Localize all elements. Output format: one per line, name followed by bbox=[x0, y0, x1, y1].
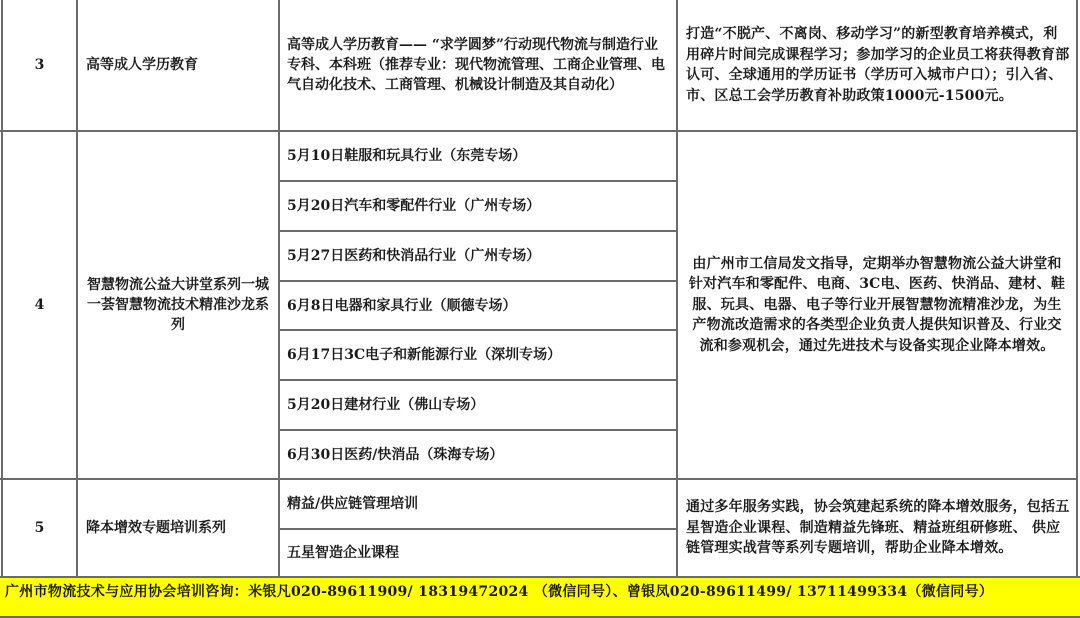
course-item: 五星智造企业课程 bbox=[280, 530, 676, 576]
program-name: 高等成人学历教育 bbox=[78, 0, 278, 130]
session-item: 5月27日医药和快消品行业（广州专场） bbox=[280, 232, 676, 280]
course-item: 精益/供应链管理培训 bbox=[280, 480, 676, 528]
column-divider bbox=[1076, 0, 1078, 576]
training-table: 3 高等成人学历教育 高等成人学历教育—— “求学圆梦”行动现代物流与制造行业专… bbox=[0, 0, 1080, 618]
row-number: 3 bbox=[3, 0, 76, 130]
session-item: 6月30日医药/快消品（珠海专场） bbox=[280, 431, 676, 478]
program-content: 高等成人学历教育—— “求学圆梦”行动现代物流与制造行业专科、本科班（推荐专业：… bbox=[280, 0, 676, 130]
session-item: 6月8日电器和家具行业（顺德专场） bbox=[280, 282, 676, 329]
program-description: 打造“不脱产、不离岗、移动学习”的新型教育培养模式，利用碎片时间完成课程学习；参… bbox=[678, 0, 1076, 130]
row-number: 4 bbox=[3, 132, 76, 478]
session-item: 6月17日3C电子和新能源行业（深圳专场） bbox=[280, 331, 676, 379]
row-number: 5 bbox=[3, 480, 76, 576]
contact-banner: 广州市物流技术与应用协会培训咨询：米银凡020-89611909/ 183194… bbox=[0, 576, 1080, 618]
session-item: 5月20日建材行业（佛山专场） bbox=[280, 381, 676, 429]
program-description: 通过多年服务实践，协会筑建起系统的降本增效服务，包括五星智造企业课程、制造精益先… bbox=[678, 480, 1076, 576]
session-item: 5月10日鞋服和玩具行业（东莞专场） bbox=[280, 132, 676, 180]
program-name: 降本增效专题培训系列 bbox=[78, 480, 278, 576]
program-description: 由广州市工信局发文指导，定期举办智慧物流公益大讲堂和针对汽车和零配件、电商、3C… bbox=[678, 132, 1076, 478]
session-item: 5月20日汽车和零配件行业（广州专场） bbox=[280, 182, 676, 230]
program-name: 智慧物流公益大讲堂系列一城一荟智慧物流技术精准沙龙系列 bbox=[78, 132, 278, 478]
